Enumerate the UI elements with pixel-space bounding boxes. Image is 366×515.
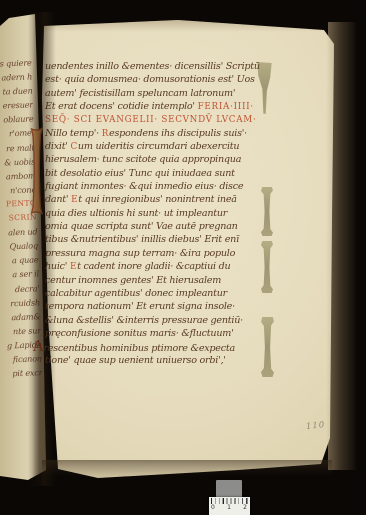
manuscript-text-line: pręconfusione sonitus maris· &fluctuum' bbox=[45, 327, 263, 340]
manuscript-text-line: tempora nationum' Et erunt signa insole· bbox=[45, 300, 263, 313]
facing-page-text-fragment: adern h bbox=[0, 70, 32, 85]
illuminated-initial-i bbox=[29, 126, 44, 216]
body-text: dant' bbox=[45, 194, 71, 205]
body-text: huic' bbox=[45, 261, 70, 272]
manuscript-text-line: quia dies ultionis hi sunt· ut impleantu… bbox=[45, 207, 263, 220]
facing-page-text-fragment: rcuidsh bbox=[3, 295, 40, 310]
initial-i-glyph bbox=[29, 126, 44, 216]
measurement-ruler: 012 bbox=[209, 497, 250, 515]
manuscript-text-line: hierusalem· tunc scitote quia appropinqu… bbox=[45, 153, 263, 166]
body-text: quia dies ultionis hi sunt· ut impleantu… bbox=[45, 208, 227, 219]
manuscript-text-line: centur inomnes gentes' Et hierusalem bbox=[45, 274, 263, 287]
body-text: est· quia domusmea· domusorationis est' … bbox=[45, 74, 255, 85]
manuscript-text-line: uendentes inillo &ementes· dicensillis' … bbox=[45, 60, 263, 73]
facing-page-text-fragment: nte sur bbox=[4, 323, 41, 338]
body-text: t qui inregionibus' nonintrent ineā bbox=[78, 194, 237, 205]
body-text: tempora nationum' Et erunt signa insole· bbox=[45, 301, 235, 312]
body-text: Et erat docens' cotidie intemplo' bbox=[45, 101, 198, 112]
body-text: Nillo temp'· bbox=[45, 128, 102, 139]
ruler-numbers: 012 bbox=[209, 504, 250, 512]
body-text: omia quae scripta sunt' Vae autē pregnan bbox=[45, 221, 238, 232]
body-text: autem' fecistisillam speluncam latronum' bbox=[45, 88, 235, 99]
manuscript-text-line: omia quae scripta sunt' Vae autē pregnan bbox=[45, 220, 263, 233]
manuscript-text-line: est· quia domusmea· domusorationis est' … bbox=[45, 73, 263, 86]
facing-page-text-fragment: eresuer bbox=[0, 98, 33, 113]
manuscript-text-line: bit desolatio eius' Tunc qui iniudaea su… bbox=[45, 167, 263, 180]
manuscript-text-line: calcabitur agentibus' donec impleantur bbox=[45, 287, 263, 300]
body-text: tione' quae sup uenient uniuerso orbi'‚' bbox=[45, 355, 226, 366]
rubric-text: SEQ̄· SCI EVANGELII· SECVNDV̄ LVCAM· bbox=[45, 115, 256, 125]
facing-page-text-fragment: ta duen bbox=[0, 84, 33, 99]
text-block: uendentes inillo &ementes· dicensillis' … bbox=[45, 60, 263, 367]
manuscript-text-line: tione' quae sup uenient uniuerso orbi'‚' bbox=[45, 354, 263, 367]
manuscript-text-line: Nillo temp'· Respondens ihs discipulis s… bbox=[45, 127, 263, 140]
facing-page-text-fragment: 'decra bbox=[2, 281, 39, 296]
body-text: bit desolatio eius' Tunc qui iniudaea su… bbox=[45, 168, 235, 179]
manuscript-text-line: Et erat docens' cotidie intemplo' FERIA·… bbox=[45, 100, 263, 113]
body-text: espondens ihs discipulis suis'· bbox=[109, 128, 247, 139]
facing-page-text-fragment: Qualoq bbox=[1, 239, 38, 254]
rubric-text: R bbox=[102, 129, 109, 139]
manuscript-text-line: Arescentibus hominibus ptimore &expecta bbox=[45, 340, 263, 353]
rubric-text: C bbox=[70, 142, 77, 152]
manuscript-text-line: autem' fecistisillam speluncam latronum' bbox=[45, 87, 263, 100]
body-text: hierusalem· tunc scitote quia appropinqu… bbox=[45, 154, 241, 165]
manuscript-text-line: SEQ̄· SCI EVANGELII· SECVNDV̄ LVCAM· bbox=[45, 113, 263, 126]
ruler-number: 2 bbox=[243, 504, 247, 512]
body-text: pręconfusione sonitus maris· &fluctuum' bbox=[45, 328, 234, 339]
body-text: um uideritis circumdari abexercitu bbox=[78, 141, 239, 152]
facing-page-text-fragment: a ser il bbox=[2, 267, 39, 282]
body-text: rescentibus hominibus ptimore &expecta bbox=[43, 343, 234, 354]
facing-page-text-fragment: &adam bbox=[3, 309, 40, 324]
body-text: uendentes inillo &ementes· dicensillis' … bbox=[45, 61, 260, 72]
facing-page-text-fragment: s quiere bbox=[0, 55, 32, 70]
facing-page-text-fragment: pit excr bbox=[5, 365, 42, 380]
facing-page-text-column: s quiereadern hta dueneresueroblaurer'om… bbox=[0, 55, 43, 380]
manuscript-text-line: pressura magna sup terram· &ira populo bbox=[45, 247, 263, 260]
folio-number: 110 bbox=[306, 420, 326, 432]
manuscript-text-line: tibus &nutrientibus' inillis diebus' Eri… bbox=[45, 233, 263, 246]
body-text: tibus &nutrientibus' inillis diebus' Eri… bbox=[45, 234, 239, 245]
body-text: centur inomnes gentes' Et hierusalem bbox=[45, 275, 221, 286]
body-text: calcabitur agentibus' donec impleantur bbox=[45, 288, 227, 299]
body-text: dixit' bbox=[45, 141, 70, 152]
facing-page-edge: s quiereadern hta dueneresueroblaurer'om… bbox=[0, 14, 46, 484]
ruler-number: 0 bbox=[211, 504, 215, 512]
ruler-number: 1 bbox=[227, 504, 231, 512]
body-text: pressura magna sup terram· &ira populo bbox=[45, 248, 235, 259]
manuscript-photo: s quiereadern hta dueneresueroblaurer'om… bbox=[0, 0, 366, 515]
facing-page-text-fragment: oblaure bbox=[0, 112, 34, 127]
facing-page-text-fragment: a quae bbox=[1, 253, 38, 268]
body-text: fugiant inmontes· &qui inmedio eius· dis… bbox=[45, 181, 243, 192]
manuscript-text-line: huic' Et cadent inore gladii· &captiui d… bbox=[45, 260, 263, 273]
rubric-text: FERIA·IIII· bbox=[198, 102, 254, 112]
page-bottom-shadow bbox=[42, 460, 332, 476]
body-text: t cadent inore gladii· &captiui du bbox=[77, 261, 230, 272]
manuscript-text-line: fugiant inmontes· &qui inmedio eius· dis… bbox=[45, 180, 263, 193]
initial-letter: A bbox=[33, 339, 43, 355]
manuscript-text-line: dant' Et qui inregionibus' nonintrent in… bbox=[45, 193, 263, 206]
manuscript-text-line: dixit' Cum uideritis circumdari abexerci… bbox=[45, 140, 263, 153]
body-text: &luna &stellis' &interris pressurae gent… bbox=[45, 315, 243, 326]
manuscript-text-line: &luna &stellis' &interris pressurae gent… bbox=[45, 314, 263, 327]
facing-page-text-fragment: alen ud bbox=[0, 224, 37, 239]
